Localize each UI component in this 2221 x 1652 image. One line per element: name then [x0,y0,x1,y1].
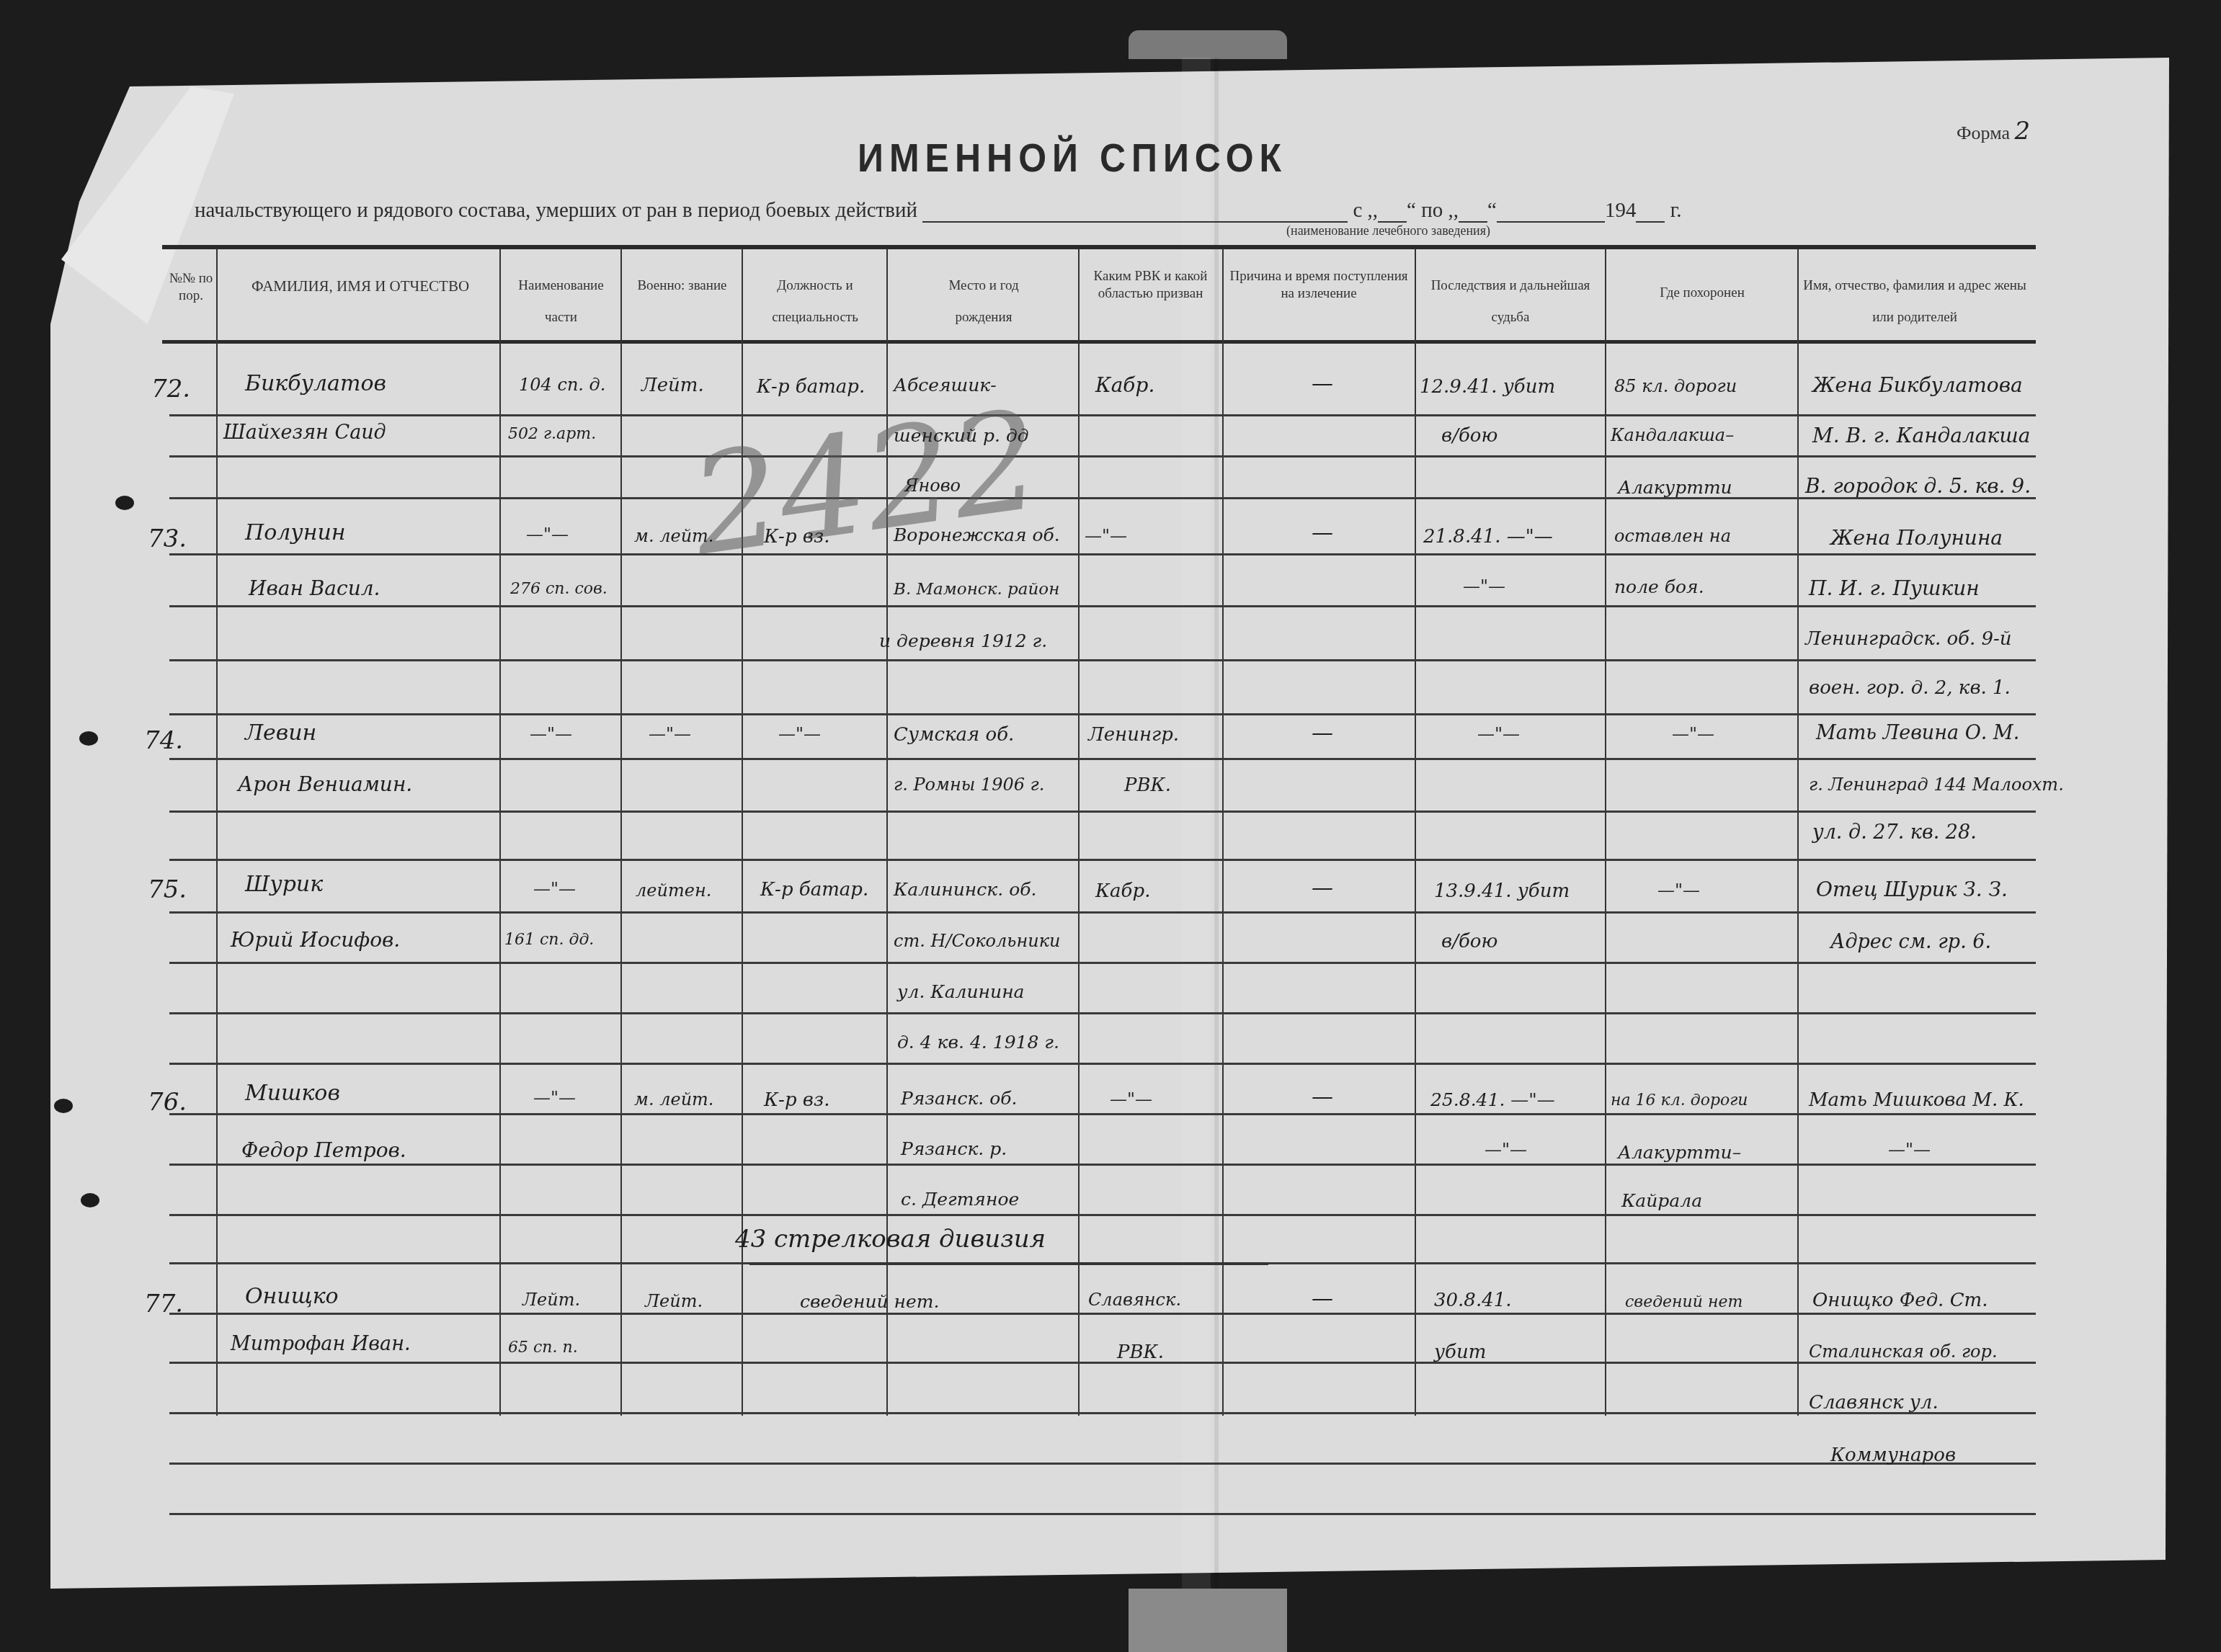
fate-cell: —"— [1485,1140,1527,1160]
birth-cell: В. Мамонск. район [894,580,1059,599]
name-cell: Федор Петров. [241,1138,406,1162]
relatives-cell: М. В. г. Кандалакша [1812,424,2031,447]
buried-cell: Кандалакша– [1611,425,1734,445]
column-divider [1415,249,1416,1416]
birth-cell: и деревня 1912 г. [879,630,1047,651]
rvk-cell: РВК. [1117,1341,1164,1363]
unit-cell: 65 сп. п. [508,1339,578,1357]
name-cell: Шурик [245,872,323,897]
fate-cell: 12.9.41. убит [1420,376,1555,398]
relatives-cell: Ленинградск. об. 9-й [1805,628,2012,650]
rvk-cell: —"— [1085,526,1127,546]
buried-cell: поле боя. [1614,576,1704,597]
name-cell: Митрофан Иван. [231,1333,411,1355]
row-line [169,414,2036,416]
position-cell: К-р батар. [757,376,865,398]
column-header-unit: Наименование части [502,270,620,334]
relatives-cell: Славянск ул. [1809,1392,1939,1414]
form-label-text: Форма [1957,122,2010,143]
birth-cell: д. 4 кв. 4. 1918 г. [897,1032,1059,1053]
buried-cell: 85 кл. дороги [1614,376,1737,396]
date-to-field [1459,197,1487,223]
month-field [1497,197,1605,223]
unit-cell: 104 сп. д. [519,375,605,395]
unit-cell: —"— [530,724,572,744]
row-line [169,497,2036,499]
unit-cell: —"— [533,879,576,899]
row-line [169,911,2036,914]
column-divider [1797,249,1799,1416]
row-line [169,605,2036,607]
row-number: 76. [148,1088,187,1117]
punch-hole [115,496,134,510]
year-field [1636,197,1665,223]
fate-cell: —"— [1477,724,1520,744]
rank-cell: Лейт. [641,375,704,396]
name-cell: Мишков [245,1081,340,1106]
rank-cell: Лейт. [645,1291,703,1311]
column-header-relatives: Имя, отчество, фамилия и адрес жены или … [1799,270,2030,334]
buried-cell: Алакуртти– [1618,1142,1741,1163]
name-cell: Арон Вениамин. [238,772,412,796]
column-divider [620,249,622,1416]
fate-cell: 30.8.41. [1434,1290,1512,1311]
row-number: 72. [151,375,190,403]
unit-cell: 502 г.арт. [508,425,596,443]
birth-cell: с. Дегтяное [901,1189,1019,1210]
rvk-cell: Ленингр. [1088,724,1179,746]
buried-cell: оставлен на [1614,526,1731,546]
relatives-cell: П. И. г. Пушкин [1809,576,1980,600]
date-from-field [1378,197,1407,223]
buried-cell: на 16 кл. дороги [1611,1091,1748,1109]
birth-cell: г. Ромны 1906 г. [894,774,1044,795]
column-header-rvk: Каким РВК и какой областью призван [1080,268,1221,303]
table-top-rule [162,245,2036,249]
row-line [169,553,2036,555]
page-title: ИМЕННОЙ СПИСОК [858,135,1287,181]
cause-cell: — [1312,371,1333,396]
relatives-cell: Отец Шурик З. З. [1816,878,2008,901]
row-number: 74. [144,726,183,755]
buried-cell: —"— [1672,724,1714,744]
relatives-cell: Сталинская об. гор. [1809,1341,1998,1362]
subtitle-prefix: начальствующего и рядового состава, умер… [195,199,917,222]
row-line [169,962,2036,964]
relatives-cell: Мать Мишкова М. К. [1809,1089,2024,1111]
rvk-cell: Славянск. [1088,1290,1181,1310]
position-cell: К-р вз. [764,1089,829,1111]
column-header-num: №№ по пор. [166,270,216,305]
fate-cell: 21.8.41. —"— [1423,526,1553,548]
unit-cell: 161 сп. дд. [504,931,594,949]
column-header-fate: Последствия и дальнейшая судьба [1417,270,1604,334]
cause-cell: — [1312,720,1333,746]
column-divider [216,249,218,1416]
rank-cell: —"— [649,724,691,744]
row-line [169,1463,2036,1465]
fate-cell: в/бою [1441,425,1497,447]
relatives-cell: Жена Бикбулатова [1812,373,2023,397]
name-cell: Полунин [245,520,346,545]
punch-hole [81,1193,99,1207]
fate-cell: убит [1434,1341,1486,1363]
column-header-position: Должность и специальность [744,270,886,334]
row-line [169,1063,2036,1065]
relatives-cell: Коммунаров [1830,1445,1956,1466]
form-number: 2 [2014,117,2030,146]
column-divider [1078,249,1080,1416]
name-cell: Иван Васил. [249,576,380,600]
position-cell: К-р вз. [764,526,829,548]
birth-cell: ул. Калинина [897,981,1025,1002]
column-divider [499,249,501,1416]
buried-cell: Кайрала [1621,1190,1702,1211]
relatives-cell: воен. гор. д. 2, кв. 1. [1809,677,2011,699]
row-line [169,1012,2036,1014]
birth-cell: Сумская об. [894,724,1014,746]
position-cell: К-р батар. [760,879,868,901]
punch-hole [79,731,98,746]
relatives-cell: Адрес см. гр. 6. [1830,931,1991,953]
birth-cell: Яново [904,475,961,496]
folder-tab-bottom [1129,1589,1287,1652]
row-line [169,811,2036,813]
row-line [169,1313,2036,1315]
subtitle-g: г. [1670,199,1682,222]
subtitle: начальствующего и рядового состава, умер… [195,197,1682,223]
cause-cell: — [1312,1286,1333,1311]
name-cell: Шайхезян Саид [223,421,386,444]
row-line [169,1214,2036,1216]
name-cell: Юрий Иосифов. [231,928,400,952]
column-header-rank: Военно: звание [623,270,742,302]
row-line [169,859,2036,861]
folder-tab [1129,30,1287,59]
birth-cell: Абсеяшик- [894,375,997,396]
buried-cell: —"— [1657,880,1700,901]
relatives-cell: Онищко Фед. Ст. [1812,1290,1988,1311]
row-line [169,1113,2036,1115]
relatives-cell: ул. д. 27. кв. 28. [1812,821,1977,844]
form-label: Форма 2 [1957,117,2030,146]
column-header-cause: Причина и время поступления на излечение [1225,268,1412,303]
unit-cell: —"— [526,524,569,545]
column-header-name: ФАМИЛИЯ, ИМЯ И ОТЧЕСТВО [238,270,483,302]
rvk-cell: Кабр. [1095,373,1154,397]
relatives-cell: В. городок д. 5. кв. 9. [1805,474,2031,498]
row-line [169,1513,2036,1515]
birth-cell: ст. Н/Сокольники [894,931,1060,951]
column-divider [1222,249,1224,1416]
institution-note: (наименование лечебного заведения) [1286,223,1490,238]
unit-cell: Лейт. [522,1290,580,1310]
subtitle-close: “ [1487,199,1497,222]
rank-cell: м. лейт. [634,526,713,546]
rvk-cell: Кабр. [1095,880,1150,902]
rvk-cell: РВК. [1124,774,1171,796]
name-cell: Бикбулатов [245,371,386,396]
subtitle-po: “ по ,, [1407,199,1459,222]
rvk-cell: —"— [1110,1089,1152,1109]
row-line [169,758,2036,760]
relatives-cell: Мать Левина О. М. [1816,722,2019,744]
column-divider [1605,249,1606,1416]
birth-cell: Калининск. об. [894,879,1036,900]
row-number: 75. [148,875,187,904]
row-line [169,659,2036,661]
birth-cell: Рязанск. р. [901,1138,1007,1159]
subtitle-year: 194 [1605,199,1637,222]
column-header-buried: Где похоронен [1607,285,1797,302]
row-line [169,455,2036,457]
buried-cell: Алакуртти [1618,477,1732,498]
cause-cell: — [1312,520,1333,545]
fate-cell: 25.8.41. —"— [1430,1089,1555,1110]
relatives-cell: —"— [1888,1140,1931,1160]
fate-cell: —"— [1463,576,1505,597]
row-number: 77. [144,1290,183,1318]
subtitle-c: с ,, [1353,199,1378,222]
row-line [169,1164,2036,1166]
rank-cell: м. лейт. [634,1089,713,1109]
cause-cell: — [1312,875,1333,901]
position-cell: —"— [778,724,821,744]
position-cell: сведений нет. [800,1291,940,1312]
division-underline [749,1262,1268,1265]
header-bottom-rule [162,340,2036,344]
name-cell: Онищко [245,1284,339,1309]
column-header-birth: Место и год рождения [937,270,1031,334]
row-line [169,713,2036,715]
unit-cell: 276 сп. сов. [510,580,607,598]
birth-cell: шенский р. дд [894,425,1029,446]
cause-cell: — [1312,1084,1333,1109]
division-note: 43 стрелковая дивизия [735,1225,1046,1254]
name-cell: Левин [245,720,316,746]
row-line [169,1412,2036,1414]
fate-cell: в/бою [1441,931,1497,952]
unit-cell: —"— [533,1088,576,1108]
row-line [169,1362,2036,1364]
birth-cell: Воронежская об. [894,524,1060,545]
punch-hole [54,1099,73,1113]
birth-cell: Рязанск. об. [901,1088,1017,1109]
rank-cell: лейтен. [636,880,711,901]
institution-field [922,197,1348,223]
buried-cell: сведений нет [1625,1293,1742,1311]
relatives-cell: Жена Полунина [1830,526,2003,550]
row-number: 73. [148,524,187,553]
relatives-cell: г. Ленинград 144 Малоохт. [1809,774,2064,795]
fate-cell: 13.9.41. убит [1434,880,1570,902]
